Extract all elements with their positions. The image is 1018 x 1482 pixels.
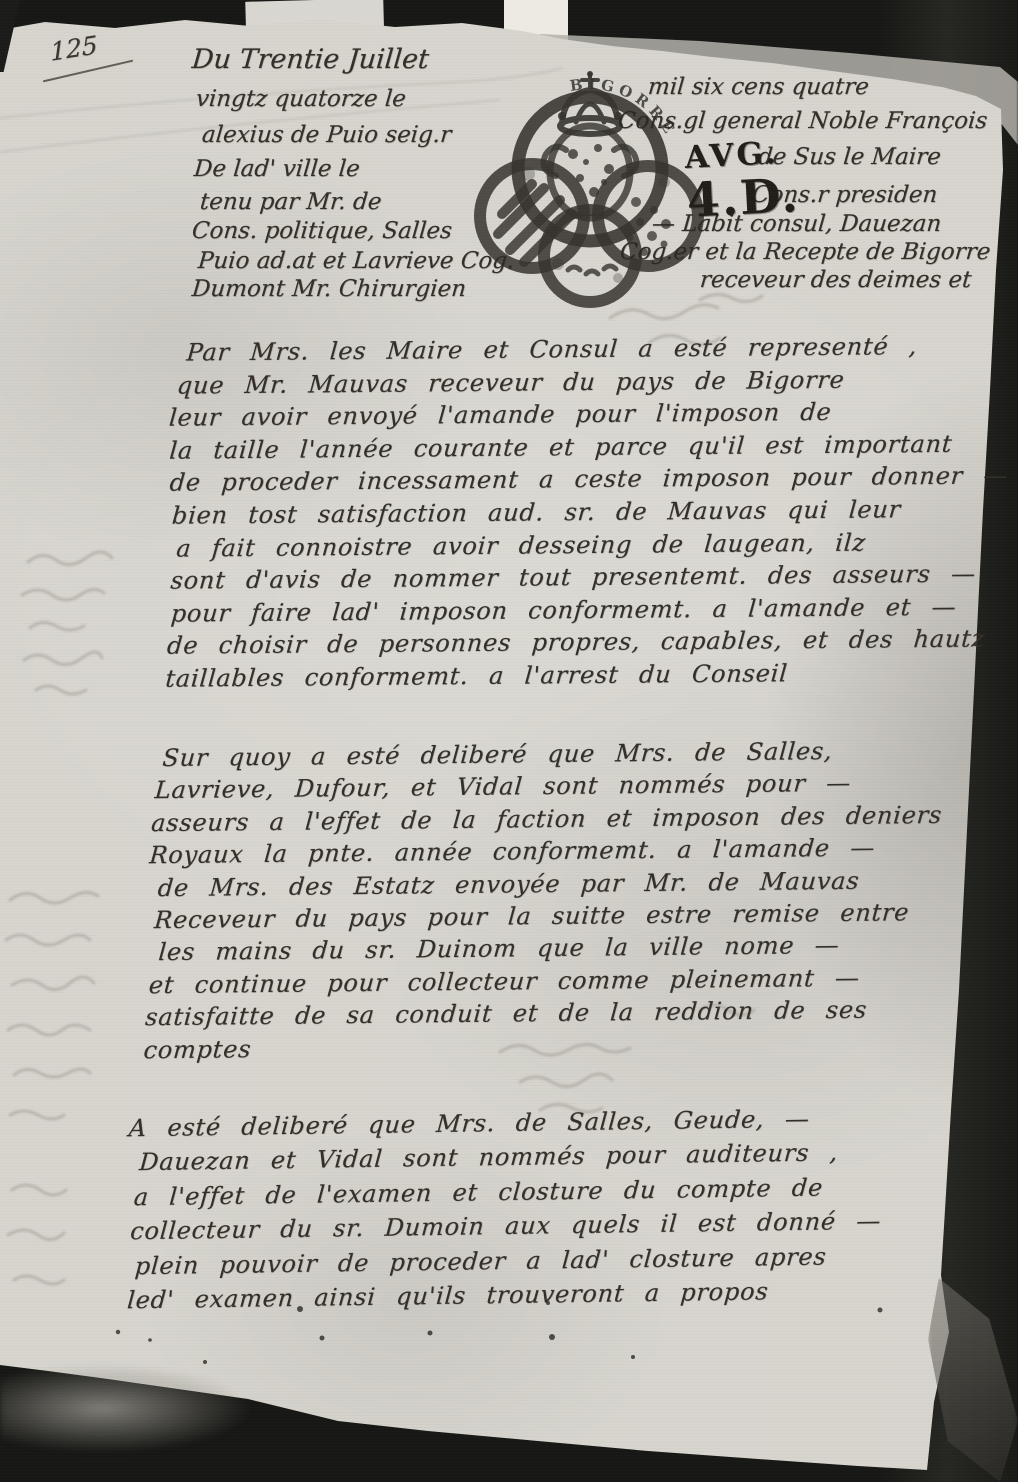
page-corner-curl [928,1278,1018,1482]
paragraph-3: A esté deliberé que Mrs. de Salles, Geud… [129,1101,883,1318]
paragraph-2: Sur quoy a esté deliberé que Mrs. de Sal… [156,734,944,1066]
torn-paper-fibers [0,1355,320,1482]
header-line: tenu par Mr. de [199,189,383,215]
manuscript-scan: { "page": { "folio_number": "125" }, "co… [0,0,1018,1482]
crowned-arms-ink-seal: BIGORRE [468,64,713,309]
header-line: De lad' ville le [193,156,361,182]
header-line: Dumont Mr. Chirurgien [191,276,467,302]
header-line: Du Trentie Juillet [191,44,431,75]
header-line: vingtz quatorze le [195,86,407,112]
header-line: receveur des deimes et [699,267,973,293]
tax-stamp-denomination: 4.D. [686,172,801,225]
tax-control-stamp: AVG. 4.D. [684,137,801,225]
header-line: Cons. politique, Salles [191,218,453,244]
paragraph-1: Par Mrs. les Maire et Consul a esté repr… [168,329,1010,695]
header-line: alexius de Puio seig.r [201,122,452,148]
